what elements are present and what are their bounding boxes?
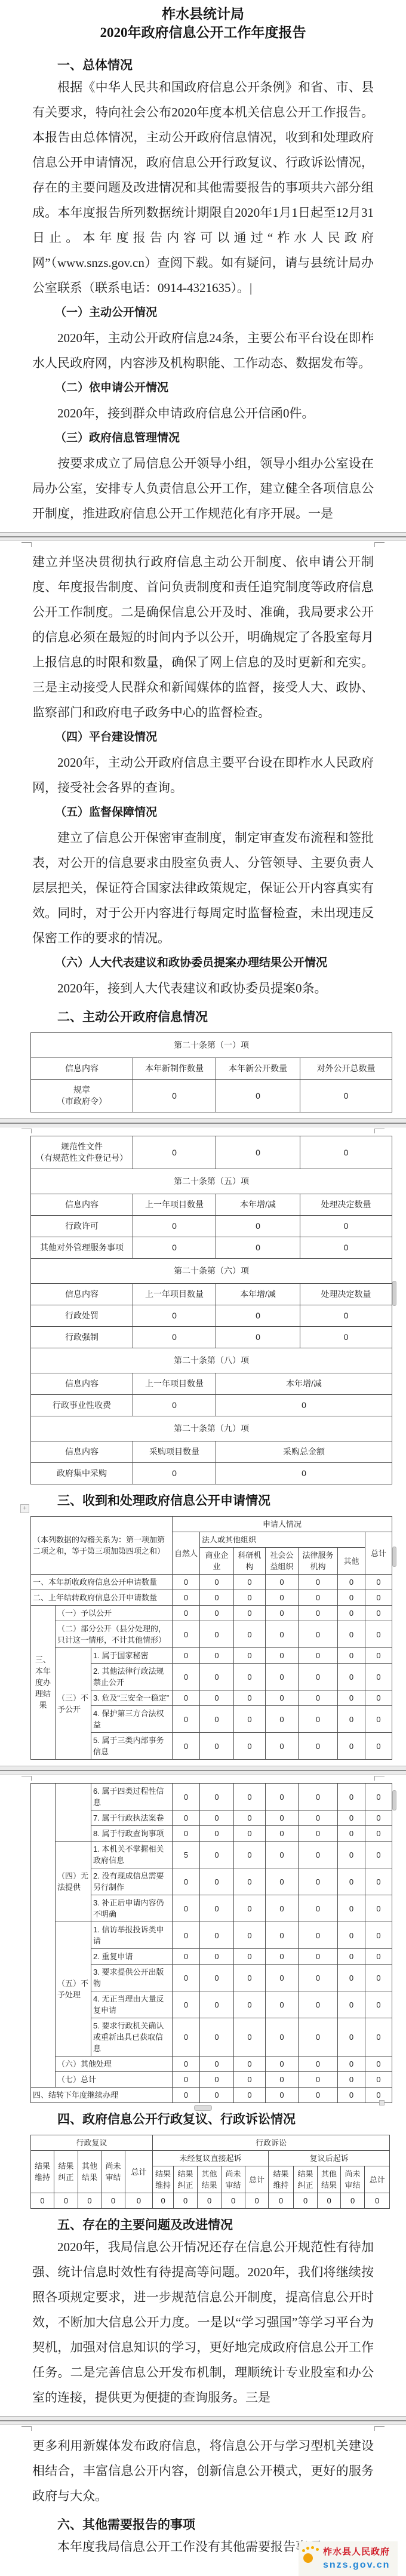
table-cell: 0 bbox=[198, 2193, 222, 2209]
table-cell: 规章 （市政府令） bbox=[31, 1080, 133, 1112]
table-cell: 0 bbox=[234, 1606, 266, 1621]
table-cell: 0 bbox=[338, 1664, 365, 1690]
table-cell: 7. 属于行政执法案卷 bbox=[91, 1810, 173, 1826]
table-cell: 0 bbox=[245, 2193, 269, 2209]
table-cell: 法律服务机构 bbox=[299, 1548, 338, 1575]
table-cell: 0 bbox=[299, 2057, 338, 2072]
table-cell: 0 bbox=[338, 1922, 365, 1949]
table-cell: 0 bbox=[200, 2057, 234, 2072]
info-management-paragraph-part2: 建立并坚决贯彻执行政府信息主动公开制度、依申请公开制度、年度报告制度、首问负责制… bbox=[32, 549, 374, 725]
table-cell: 0 bbox=[266, 1575, 299, 1590]
table-cell: （六）其他处理 bbox=[56, 2057, 173, 2072]
table-cell: 0 bbox=[173, 1810, 200, 1826]
table-row: （二）部分公开（县分处理的，只计这一情形，不计其他情形）0000000 bbox=[31, 1621, 392, 1648]
table-cell: 0 bbox=[234, 1690, 266, 1706]
overview-paragraph: 根据《中华人民共和国政府信息公开条例》和省、市、县有关要求，特向社会公布2020… bbox=[32, 75, 374, 300]
table-cell: 0 bbox=[299, 1868, 338, 1895]
footprint-icon bbox=[302, 2546, 323, 2572]
table-cell: 0 bbox=[365, 1575, 392, 1590]
page-corner-right-icon bbox=[374, 2426, 385, 2431]
table-cell: 0 bbox=[234, 1784, 266, 1810]
table-cell: 本年新公开数量 bbox=[216, 1058, 300, 1080]
table-cell: 总计 bbox=[245, 2166, 269, 2193]
review-litigation-table: 行政复议行政诉讼结果维持结果纠正其他结果尚未审结总计未经复议直接起诉复议后起诉结… bbox=[30, 2135, 390, 2209]
table-cell: 行政强制 bbox=[31, 1327, 133, 1348]
table-cell: 行政复议 bbox=[31, 2135, 153, 2151]
table-cell: 5. 要求行政机关确认或重新出具已获取信息 bbox=[91, 2018, 173, 2057]
section-heading-review-litigation: 四、政府信息公开行政复议、行政诉讼情况 bbox=[32, 2110, 374, 2129]
table-cell: （五）不予处理 bbox=[56, 1922, 91, 2057]
subsection-heading-supervision: （五）监督保障情况 bbox=[32, 800, 374, 825]
table-cell: 0 bbox=[338, 1706, 365, 1733]
table-cell: 0 bbox=[200, 1842, 234, 1868]
table-cell: 0 bbox=[133, 1327, 216, 1348]
table-cell: 0 bbox=[234, 1621, 266, 1648]
table-cell: 0 bbox=[200, 1965, 234, 1991]
requests-table-part2: 6. 属于四类过程性信息00000007. 属于行政执法案卷00000008. … bbox=[30, 1783, 392, 2103]
table-section-band: 第二十条第（六）项 bbox=[31, 1259, 392, 1284]
table-cell: 0 bbox=[365, 2193, 390, 2209]
table-row: 二、上年结转政府信息公开申请数量0000000 bbox=[31, 1590, 392, 1606]
table-cell: 0 bbox=[173, 1868, 200, 1895]
table-cell: （本列数据的勾稽关系为：第一项加第二项之和，等于第三项加第四项之和） bbox=[31, 1517, 173, 1575]
table-cell: 0 bbox=[173, 1826, 200, 1842]
table-cell: 四、结转下年度继续办理 bbox=[31, 2088, 173, 2103]
table-cell: 0 bbox=[173, 1648, 200, 1664]
table-cell: 其他结果 bbox=[198, 2166, 222, 2193]
table-cell: 0 bbox=[266, 1895, 299, 1922]
table-cell: 0 bbox=[338, 1575, 365, 1590]
table-cell: 0 bbox=[299, 1706, 338, 1733]
table-cell: 0 bbox=[200, 1733, 234, 1760]
table-cell: 0 bbox=[216, 1216, 300, 1237]
table-cell: 8. 属于行政查询事项 bbox=[91, 1826, 173, 1842]
table-cell: 总计 bbox=[125, 2151, 153, 2193]
table-cell: 0 bbox=[338, 1965, 365, 1991]
table-cell: 2. 没有现成信息需要另行制作 bbox=[91, 1868, 173, 1895]
table-cell: 0 bbox=[234, 1949, 266, 1965]
table-cell: 6. 属于四类过程性信息 bbox=[91, 1784, 173, 1810]
subsection-heading-proactive: （一）主动公开情况 bbox=[32, 300, 374, 325]
table-cell: 0 bbox=[299, 1590, 338, 1606]
table-cell: 0 bbox=[173, 1575, 200, 1590]
table-cell: 0 bbox=[299, 1664, 338, 1690]
table-cell: 复议后起诉 bbox=[269, 2151, 390, 2166]
table-cell: 0 bbox=[200, 1810, 234, 1826]
table-cell: 0 bbox=[125, 2193, 153, 2209]
government-site-badge[interactable]: 柞水县人民政府 snzs.gov.cn bbox=[299, 2541, 398, 2576]
table-cell: 3. 危及“三安全一稳定” bbox=[91, 1690, 173, 1706]
table-cell: 0 bbox=[365, 2088, 392, 2103]
table-cell: 0 bbox=[200, 1590, 234, 1606]
table-cell: 社会公益组织 bbox=[266, 1548, 299, 1575]
table-cell: 行政许可 bbox=[31, 1216, 133, 1237]
table-row: 一、本年新收政府信息公开申请数量0000000 bbox=[31, 1575, 392, 1590]
table-cell: 0 bbox=[338, 1810, 365, 1826]
table-cell: 0 bbox=[365, 1949, 392, 1965]
table-move-handle-icon[interactable]: + bbox=[20, 1504, 29, 1513]
table-cell: 0 bbox=[266, 1810, 299, 1826]
table-cell: 0 bbox=[216, 1136, 300, 1169]
page-break-line bbox=[0, 2420, 406, 2421]
site-badge-org: 柞水县人民政府 bbox=[323, 2546, 390, 2559]
table-cell: 0 bbox=[266, 2057, 299, 2072]
table-cell: 三、本年度办理结果 bbox=[31, 1606, 56, 1760]
table-cell: 0 bbox=[200, 2072, 234, 2088]
table-cell: 0 bbox=[173, 1949, 200, 1965]
page-break-2 bbox=[0, 1118, 406, 1127]
table-cell: 0 bbox=[216, 1395, 392, 1416]
table-cell: 0 bbox=[365, 1991, 392, 2018]
table-cell: 0 bbox=[266, 1664, 299, 1690]
table-cell: 0 bbox=[338, 1648, 365, 1664]
table-row: 行政许可000 bbox=[31, 1216, 392, 1237]
table-cell: 结果维持 bbox=[153, 2166, 174, 2193]
subsection-heading-platform: （四）平台建设情况 bbox=[32, 725, 374, 750]
requests-table-part1: （本列数据的勾稽关系为：第一项加第二项之和，等于第三项加第四项之和）申请人情况自… bbox=[30, 1516, 392, 1760]
table-cell: 0 bbox=[266, 1648, 299, 1664]
table-cell: 0 bbox=[174, 2193, 198, 2209]
table-cell: 0 bbox=[200, 1664, 234, 1690]
table-cell: 处理决定数量 bbox=[300, 1194, 392, 1216]
site-badge-text: 柞水县人民政府 snzs.gov.cn bbox=[323, 2546, 390, 2571]
table-cell: 0 bbox=[234, 1826, 266, 1842]
table-row: 政府集中采购00 bbox=[31, 1463, 392, 1484]
table-cell: 其他结果 bbox=[78, 2151, 101, 2193]
table-cell: 法人或其他组织 bbox=[200, 1532, 365, 1548]
table-cell: 0 bbox=[173, 2072, 200, 2088]
table-cell: 0 bbox=[338, 1826, 365, 1842]
table-cell: 0 bbox=[200, 1621, 234, 1648]
info-management-paragraph-part1: 按要求成立了局信息公开领导小组，领导小组办公室设在局办公室，安排专人负责信息公开… bbox=[32, 451, 374, 526]
table-cell: 0 bbox=[173, 1922, 200, 1949]
table-cell: 1. 信访举报投诉类申请 bbox=[91, 1922, 173, 1949]
table-cell: 0 bbox=[200, 1868, 234, 1895]
table-cell: 0 bbox=[338, 1690, 365, 1706]
table-cell: 未经复议直接起诉 bbox=[153, 2151, 269, 2166]
table-row: 行政复议行政诉讼 bbox=[31, 2135, 390, 2151]
table-cell: 0 bbox=[200, 1690, 234, 1706]
table-cell: 0 bbox=[300, 1080, 392, 1112]
table-row: 第二十条第（九）项 bbox=[31, 1416, 392, 1441]
table-cell: 0 bbox=[222, 2193, 245, 2209]
table-row: 行政处罚000 bbox=[31, 1305, 392, 1327]
table-cell: 0 bbox=[365, 1826, 392, 1842]
page-break-line bbox=[0, 1770, 406, 1771]
table-cell: 自然人 bbox=[173, 1532, 200, 1575]
table-cell: 0 bbox=[365, 2018, 392, 2057]
page-break-line bbox=[0, 536, 406, 537]
table-cell: （七）总计 bbox=[56, 2072, 173, 2088]
article20-table-part2-wrap: 规范性文件 （有规范性文件登记号）000第二十条第（五）项信息内容上一年项目数量… bbox=[32, 1136, 374, 1484]
table-cell: 0 bbox=[234, 1991, 266, 2018]
section-heading-proactive-disclosure: 二、主动公开政府信息情况 bbox=[32, 1008, 374, 1026]
table-cell: 0 bbox=[234, 2057, 266, 2072]
table-cell: 0 bbox=[173, 1606, 200, 1621]
table-cell: 0 bbox=[299, 1648, 338, 1664]
table-cell: 0 bbox=[365, 1664, 392, 1690]
table-cell: 其他结果 bbox=[318, 2166, 341, 2193]
table-cell: 二、上年结转政府信息公开申请数量 bbox=[31, 1590, 173, 1606]
table-cell: 0 bbox=[216, 1463, 392, 1484]
table-cell: 0 bbox=[341, 2193, 365, 2209]
page-corner-right-icon bbox=[374, 542, 385, 547]
table-cell: 0 bbox=[234, 1575, 266, 1590]
table-cell: 0 bbox=[299, 1690, 338, 1706]
table-cell: 0 bbox=[133, 1136, 216, 1169]
table-cell: 0 bbox=[300, 1305, 392, 1327]
table-row: （六）其他处理0000000 bbox=[31, 2057, 392, 2072]
table-cell: 0 bbox=[338, 1621, 365, 1648]
table-cell: 0 bbox=[101, 2193, 125, 2209]
table-cell: 0 bbox=[234, 2018, 266, 2057]
table-cell: 0 bbox=[365, 1621, 392, 1648]
table-row: 信息内容上一年项目数量本年增/减处理决定数量 bbox=[31, 1194, 392, 1216]
table-row: 结果维持结果纠正其他结果尚未审结总计未经复议直接起诉复议后起诉 bbox=[31, 2151, 390, 2166]
table-cell: 0 bbox=[365, 1648, 392, 1664]
table-cell: 0 bbox=[266, 1922, 299, 1949]
table-cell: 0 bbox=[234, 1810, 266, 1826]
table-cell: 0 bbox=[200, 1895, 234, 1922]
table-cell: 0 bbox=[299, 1733, 338, 1760]
table-cell: 0 bbox=[365, 1842, 392, 1868]
table-cell: 0 bbox=[200, 1784, 234, 1810]
problems-paragraph-part2: 更多利用新媒体发布政府信息，将信息公开与学习型机关建设相结合，丰富信息公开内容，… bbox=[32, 2433, 374, 2509]
table-cell: 其他对外管理服务事项 bbox=[31, 1237, 133, 1259]
scrollbar-thumb[interactable] bbox=[392, 1790, 396, 1810]
table-cell: 0 bbox=[338, 1733, 365, 1760]
table-cell: 0 bbox=[216, 1237, 300, 1259]
table-cell: 政府集中采购 bbox=[31, 1463, 133, 1484]
scrollbar-thumb[interactable] bbox=[392, 1547, 396, 1567]
table-cell: 上一年项目数量 bbox=[133, 1194, 216, 1216]
table-cell: 0 bbox=[234, 1648, 266, 1664]
platform-paragraph: 2020年，主动公开政府信息主要平台设在即柞水人民政府网，接受社会各界的查询。 bbox=[32, 750, 374, 800]
table-cell: 1. 本机关不掌握相关政府信息 bbox=[91, 1842, 173, 1868]
table-row: 6. 属于四类过程性信息0000000 bbox=[31, 1784, 392, 1810]
table-row: （四）无法提供1. 本机关不掌握相关政府信息5000000 bbox=[31, 1842, 392, 1868]
table-cell: 0 bbox=[234, 1590, 266, 1606]
section-heading-requests: 三、收到和处理政府信息公开申请情况 bbox=[32, 1492, 374, 1510]
table-cell: 0 bbox=[338, 1868, 365, 1895]
table-cell: 0 bbox=[299, 1606, 338, 1621]
table-cell: 结果纠正 bbox=[294, 2166, 318, 2193]
table-cell: 0 bbox=[173, 1895, 200, 1922]
table-cell: 采购项目数量 bbox=[133, 1441, 216, 1463]
table-cell: 0 bbox=[299, 1991, 338, 2018]
table-resize-handle[interactable] bbox=[194, 2105, 212, 2111]
table-cell: 0 bbox=[299, 1826, 338, 1842]
table-cell: 0 bbox=[365, 1706, 392, 1733]
review-litigation-table-wrap: 行政复议行政诉讼结果维持结果纠正其他结果尚未审结总计未经复议直接起诉复议后起诉结… bbox=[32, 2135, 374, 2209]
table-cell: 0 bbox=[78, 2193, 101, 2209]
article20-table-part2: 规范性文件 （有规范性文件登记号）000第二十条第（五）项信息内容上一年项目数量… bbox=[30, 1136, 392, 1484]
table-row: 信息内容本年新制作数量本年新公开数量对外公开总数量 bbox=[31, 1058, 392, 1080]
table-cell: 0 bbox=[266, 1784, 299, 1810]
table-cell: 0 bbox=[266, 2072, 299, 2088]
table-cell bbox=[31, 1784, 56, 2088]
document-title-line1: 柞水县统计局 bbox=[32, 5, 374, 23]
table-cell: 0 bbox=[365, 1922, 392, 1949]
table-cell: 商业企业 bbox=[200, 1548, 234, 1575]
table-cell: 0 bbox=[294, 2193, 318, 2209]
subsection-heading-proposals: （六）人大代表建议和政协委员提案办理结果公开情况 bbox=[32, 951, 374, 976]
table-cell bbox=[56, 1784, 91, 1842]
table-cell: 信息内容 bbox=[31, 1058, 133, 1080]
table-row: 第二十条第（八）项 bbox=[31, 1348, 392, 1373]
table-cell: 一、本年新收政府信息公开申请数量 bbox=[31, 1575, 173, 1590]
table-cell: 信息内容 bbox=[31, 1194, 133, 1216]
table-cell: 0 bbox=[234, 2072, 266, 2088]
table-row: （五）不予处理1. 信访举报投诉类申请0000000 bbox=[31, 1922, 392, 1949]
table-cell: 5. 属于三类内部事务信息 bbox=[91, 1733, 173, 1760]
table-cell: 0 bbox=[318, 2193, 341, 2209]
table-cell: 0 bbox=[133, 1305, 216, 1327]
table-cell: 0 bbox=[365, 1733, 392, 1760]
page-corner-left-icon bbox=[21, 1129, 32, 1133]
table-cell: 处理决定数量 bbox=[300, 1284, 392, 1305]
page-break-4 bbox=[0, 2416, 406, 2425]
site-badge-url: snzs.gov.cn bbox=[323, 2559, 390, 2571]
table-cell: 3. 要求提供公开出版物 bbox=[91, 1965, 173, 1991]
table-cell: 0 bbox=[266, 1868, 299, 1895]
table-cell: 行政处罚 bbox=[31, 1305, 133, 1327]
table-row: 四、结转下年度继续办理0000000 bbox=[31, 2088, 392, 2103]
table-cell: 0 bbox=[173, 1733, 200, 1760]
problems-paragraph-part1: 2020年，我局信息公开情况还存在信息公开规范性有待加强、统计信息时效性有待提高… bbox=[32, 2234, 374, 2410]
table-row: 行政强制000 bbox=[31, 1327, 392, 1348]
table-row: （三）不予公开1. 属于国家秘密0000000 bbox=[31, 1648, 392, 1664]
table-cell: 0 bbox=[365, 1965, 392, 1991]
table-cell: 0 bbox=[200, 1648, 234, 1664]
table-cell: 结果维持 bbox=[269, 2166, 294, 2193]
table-cell: （三）不予公开 bbox=[56, 1648, 91, 1760]
article20-table-part1: 第二十条第（一）项信息内容本年新制作数量本年新公开数量对外公开总数量规章 （市政… bbox=[30, 1032, 392, 1112]
table-cell: 0 bbox=[266, 1590, 299, 1606]
table-cell: 0 bbox=[200, 1949, 234, 1965]
table-cell: 0 bbox=[266, 1949, 299, 1965]
table-cell: 采购总金额 bbox=[216, 1441, 392, 1463]
table-cell: 0 bbox=[299, 1621, 338, 1648]
table-cell: 0 bbox=[266, 1621, 299, 1648]
table-cell: 0 bbox=[338, 2057, 365, 2072]
table-cell: 0 bbox=[365, 2057, 392, 2072]
table-cell: 4. 保护第三方合法权益 bbox=[91, 1706, 173, 1733]
table-cell: 0 bbox=[365, 1810, 392, 1826]
document-content: 柞水县统计局 2020年政府信息公开工作年度报告 一、总体情况 根据《中华人民共… bbox=[0, 0, 406, 2559]
table-cell: 0 bbox=[200, 1606, 234, 1621]
table-row: 三、本年度办理结果（一）予以公开0000000 bbox=[31, 1606, 392, 1621]
page-break-line bbox=[0, 1123, 406, 1124]
table-cell: 申请人情况 bbox=[173, 1517, 392, 1532]
table-cell: 0 bbox=[269, 2193, 294, 2209]
table-cell: 0 bbox=[173, 1706, 200, 1733]
table-cell: 0 bbox=[200, 1991, 234, 2018]
table-section-band: 第二十条第（一）项 bbox=[31, 1033, 392, 1058]
table-cell: 0 bbox=[365, 2072, 392, 2088]
table-cell: 0 bbox=[173, 2088, 200, 2103]
table-cell: 0 bbox=[299, 1784, 338, 1810]
table-cell: 0 bbox=[299, 1575, 338, 1590]
table-cell: 0 bbox=[266, 2088, 299, 2103]
table-cell: 0 bbox=[173, 1621, 200, 1648]
table-cell: 0 bbox=[266, 1733, 299, 1760]
table-cell: 0 bbox=[234, 1895, 266, 1922]
table-row: 信息内容上一年项目数量本年增/减 bbox=[31, 1373, 392, 1395]
table-cell: 信息内容 bbox=[31, 1441, 133, 1463]
table-row: （七）总计0000000 bbox=[31, 2072, 392, 2088]
table-cell: 5 bbox=[173, 1842, 200, 1868]
table-cell: 0 bbox=[173, 1690, 200, 1706]
table-cell: 结果纠正 bbox=[54, 2151, 78, 2193]
table-cell: 1. 属于国家秘密 bbox=[91, 1648, 173, 1664]
table-cell: 尚未审结 bbox=[222, 2166, 245, 2193]
table-cell: 0 bbox=[300, 1237, 392, 1259]
table-cell: 0 bbox=[299, 1842, 338, 1868]
page-corner-right-icon bbox=[374, 1776, 385, 1781]
table-cell: 0 bbox=[338, 1949, 365, 1965]
table-cell: 0 bbox=[173, 1991, 200, 2018]
table-cell: 0 bbox=[200, 1826, 234, 1842]
table-cell: 0 bbox=[234, 1868, 266, 1895]
table-cell: 0 bbox=[365, 1895, 392, 1922]
page-corner-left-icon bbox=[21, 2426, 32, 2431]
table-section-band: 第二十条第（五）项 bbox=[31, 1169, 392, 1194]
table-cell: （二）部分公开（县分处理的，只计这一情形，不计其他情形） bbox=[56, 1621, 173, 1648]
section-heading-other-matters: 六、其他需要报告的事项 bbox=[32, 2516, 374, 2534]
section-heading-problems: 五、存在的主要问题及改进情况 bbox=[32, 2216, 374, 2234]
table-cell: 规范性文件 （有规范性文件登记号） bbox=[31, 1136, 133, 1169]
table-cell: 总计 bbox=[365, 2166, 390, 2193]
table-cell: 0 bbox=[266, 1991, 299, 2018]
table-cell: 本年增/减 bbox=[216, 1284, 300, 1305]
table-cell: 本年增/减 bbox=[216, 1373, 392, 1395]
table-cell: 0 bbox=[365, 1868, 392, 1895]
table-cell: 0 bbox=[173, 1784, 200, 1810]
table-cell: 0 bbox=[133, 1463, 216, 1484]
table-cell: 0 bbox=[200, 2018, 234, 2057]
table-cell: 0 bbox=[266, 1706, 299, 1733]
table-cell: 0 bbox=[299, 2018, 338, 2057]
table-corner-handle[interactable] bbox=[379, 2100, 385, 2105]
table-row: 第二十条第（五）项 bbox=[31, 1169, 392, 1194]
table-cell: 0 bbox=[299, 1922, 338, 1949]
table-cell: 0 bbox=[338, 2088, 365, 2103]
table-cell: 0 bbox=[234, 1733, 266, 1760]
subsection-heading-info-management: （三）政府信息管理情况 bbox=[32, 426, 374, 451]
scrollbar-thumb[interactable] bbox=[392, 1281, 396, 1306]
table-row: 其他对外管理服务事项000 bbox=[31, 1237, 392, 1259]
table-cell: 0 bbox=[234, 1706, 266, 1733]
table-cell: 0 bbox=[299, 1895, 338, 1922]
table-cell: 0 bbox=[299, 2072, 338, 2088]
table-cell: 0 bbox=[234, 1922, 266, 1949]
table-section-band: 第二十条第（八）项 bbox=[31, 1348, 392, 1373]
table-cell: 0 bbox=[338, 2018, 365, 2057]
table-row: 规章 （市政府令）000 bbox=[31, 1080, 392, 1112]
table-cell: 0 bbox=[234, 1842, 266, 1868]
table-cell: 0 bbox=[338, 1895, 365, 1922]
table-cell: 0 bbox=[234, 2088, 266, 2103]
table-cell: 2. 其他法律行政法规禁止公开 bbox=[91, 1664, 173, 1690]
page-break-1 bbox=[0, 532, 406, 541]
table-cell: 0 bbox=[338, 1606, 365, 1621]
table-cell: 0 bbox=[54, 2193, 78, 2209]
table-cell: 本年新制作数量 bbox=[133, 1058, 216, 1080]
table-cell: 0 bbox=[299, 1810, 338, 1826]
table-cell: 0 bbox=[173, 1590, 200, 1606]
table-cell: 0 bbox=[266, 1826, 299, 1842]
